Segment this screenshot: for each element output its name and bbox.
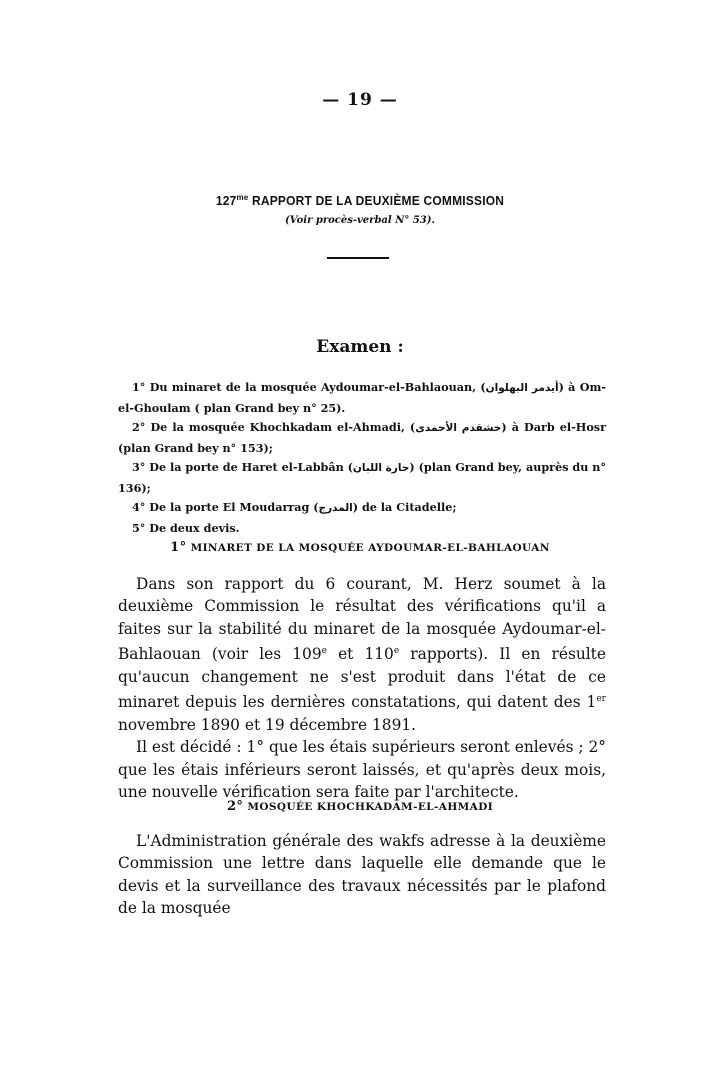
paragraph: L'Administration générale des wakfs adre… xyxy=(118,830,606,920)
arabic-name: حارة اللبان xyxy=(353,462,409,474)
report-number: 127 xyxy=(216,194,237,209)
item-text: 3° De la porte de Haret el-Labbân ( xyxy=(132,460,353,474)
arabic-name: المدرج xyxy=(319,502,353,514)
item-text: 4° De la porte El Moudarrag ( xyxy=(132,500,319,514)
section1-body: Dans son rapport du 6 courant, M. Herz s… xyxy=(118,573,606,803)
examen-item: 2° De la mosquée Khochkadam el-Ahmadi, (… xyxy=(118,418,606,458)
examen-item: 3° De la porte de Haret el-Labbân (حارة … xyxy=(118,458,606,498)
report-title: 127me RAPPORT DE LA DEUXIÈME COMMISSION xyxy=(0,193,720,209)
item-text: ) de la Citadelle; xyxy=(353,500,457,514)
superscript: er xyxy=(596,694,606,704)
report-title-text: RAPPORT DE LA DEUXIÈME COMMISSION xyxy=(248,194,504,209)
report-subtitle: (Voir procès-verbal N° 53). xyxy=(0,215,720,226)
examen-item: 1° Du minaret de la mosquée Aydoumar-el-… xyxy=(118,378,606,418)
report-number-suffix: me xyxy=(236,193,248,202)
item-text: 2° De la mosquée Khochkadam el-Ahmadi, ( xyxy=(132,420,415,434)
paragraph: Dans son rapport du 6 courant, M. Herz s… xyxy=(118,573,606,736)
text: et 110 xyxy=(327,645,394,663)
paragraph: Il est décidé : 1° que les étais supérie… xyxy=(118,736,606,803)
page-number: — 19 — xyxy=(0,90,720,110)
section-title: MOSQUÉE KHOCHKADAM-EL-AHMADI xyxy=(243,801,493,813)
examen-list: 1° Du minaret de la mosquée Aydoumar-el-… xyxy=(118,378,606,538)
horizontal-rule xyxy=(327,257,389,259)
text: novembre 1890 et 19 décembre 1891. xyxy=(118,716,416,734)
item-text: 5° De deux devis. xyxy=(132,521,240,535)
examen-heading: Examen : xyxy=(0,337,720,357)
examen-item: 4° De la porte El Moudarrag (المدرج) de … xyxy=(118,498,606,519)
arabic-name: خشقدم الأحمدى xyxy=(415,422,501,434)
section-heading-minaret: 1° MINARET DE LA MOSQUÉE AYDOUMAR-EL-BAH… xyxy=(0,540,720,555)
section-number: 2° xyxy=(227,799,243,814)
section-heading-mosquee: 2° MOSQUÉE KHOCHKADAM-EL-AHMADI xyxy=(0,799,720,814)
examen-item: 5° De deux devis. xyxy=(118,519,606,539)
section-title: MINARET DE LA MOSQUÉE AYDOUMAR-EL-BAHLAO… xyxy=(187,542,550,554)
section-number: 1° xyxy=(170,540,186,555)
item-text: 1° Du minaret de la mosquée Aydoumar-el-… xyxy=(132,380,486,394)
section2-body: L'Administration générale des wakfs adre… xyxy=(118,830,606,920)
arabic-name: أيدمر البهلوان xyxy=(486,382,559,394)
